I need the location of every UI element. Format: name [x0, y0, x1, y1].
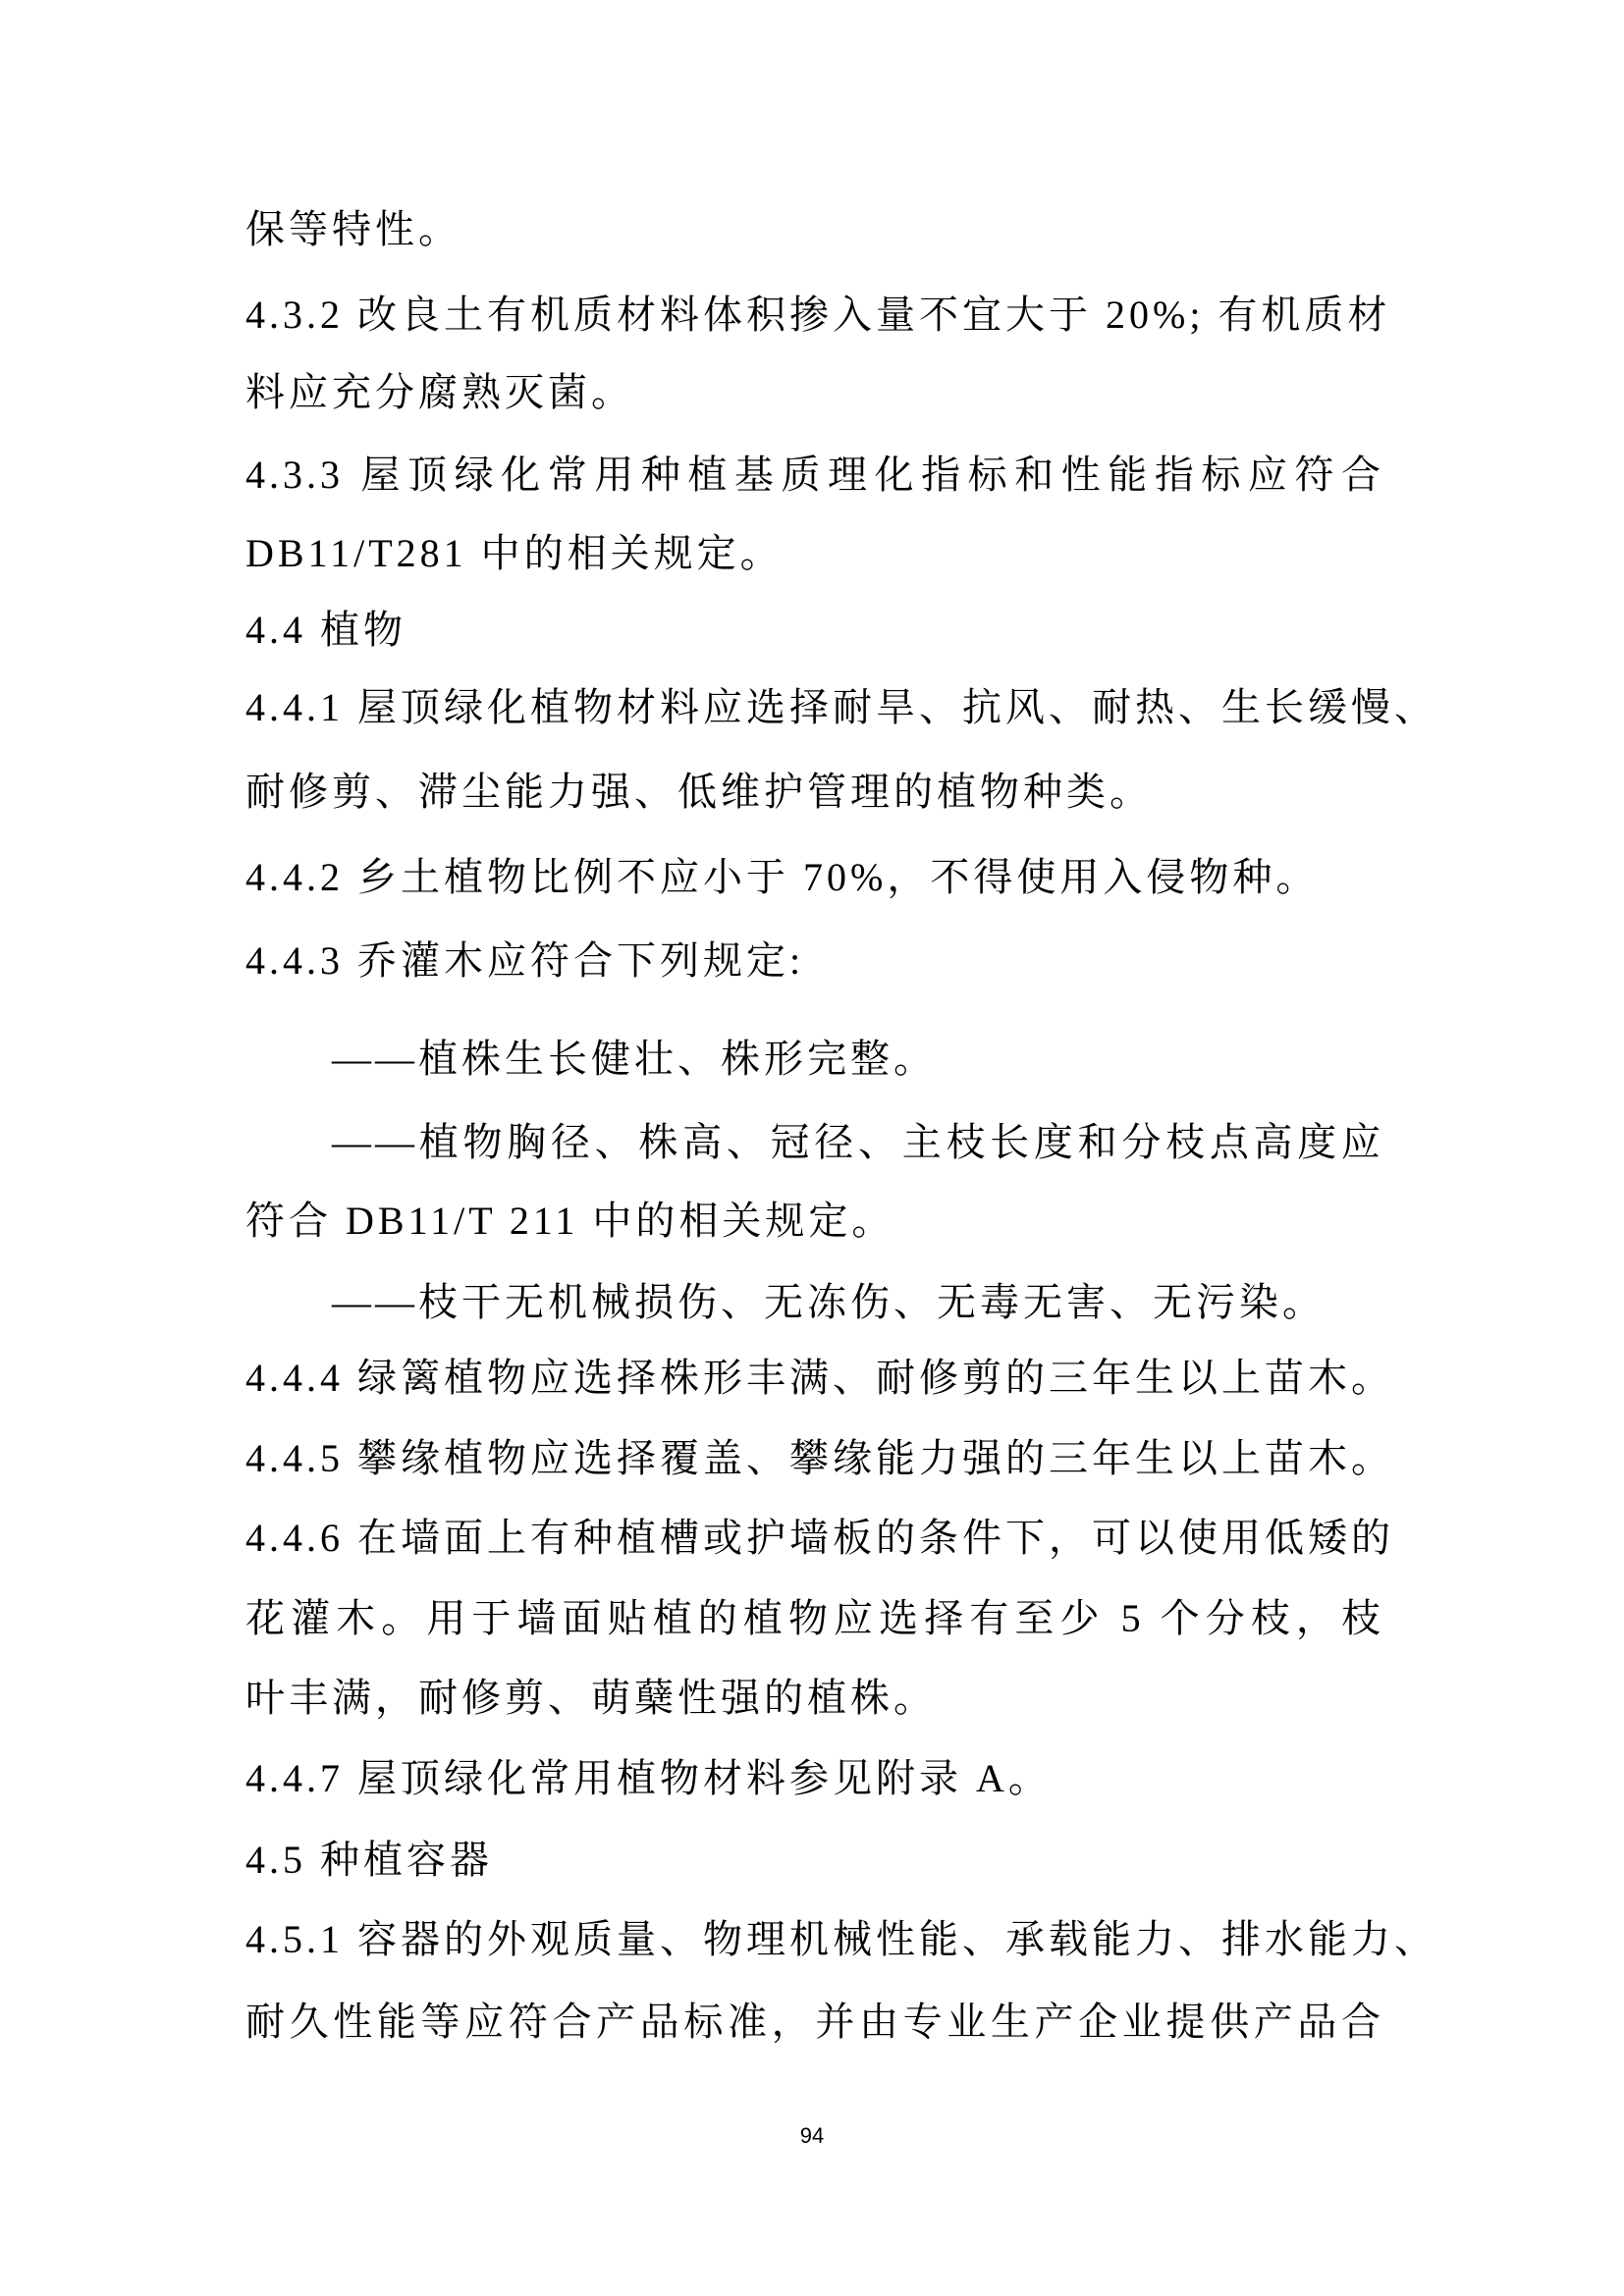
list-item-dash-2-line-2: 符合 DB11/T 211 中的相关规定。	[245, 1198, 894, 1245]
clause-4-4-6-line-3: 叶丰满，耐修剪、萌蘖性强的植株。	[245, 1675, 937, 1722]
section-heading-4-5: 4.5 种植容器	[245, 1837, 493, 1884]
clause-4-4-6-line-1: 4.4.6 在墙面上有种植槽或护墙板的条件下，可以使用低矮的	[245, 1515, 1384, 1562]
clause-4-4-1-line-1: 4.4.1 屋顶绿化植物材料应选择耐旱、抗风、耐热、生长缓慢、	[245, 684, 1384, 731]
clause-4-3-2-line-1: 4.3.2 改良土有机质材料体积掺入量不宜大于 20%; 有机质材	[245, 292, 1384, 339]
clause-4-3-3-line-1: 4.3.3 屋顶绿化常用种植基质理化指标和性能指标应符合	[245, 452, 1384, 499]
section-heading-4-4: 4.4 植物	[245, 607, 406, 654]
clause-4-3-3-line-2: DB11/T281 中的相关规定。	[245, 530, 784, 577]
list-item-dash-3: ——枝干无机械损伤、无冻伤、无毒无害、无污染。	[332, 1279, 1326, 1326]
page-number: 94	[0, 2123, 1624, 2149]
clause-4-4-4: 4.4.4 绿篱植物应选择株形丰满、耐修剪的三年生以上苗木。	[245, 1355, 1394, 1402]
list-item-dash-1: ——植株生长健壮、株形完整。	[332, 1036, 937, 1083]
clause-4-5-1-line-1: 4.5.1 容器的外观质量、物理机械性能、承载能力、排水能力、	[245, 1916, 1384, 1963]
clause-4-4-6-line-2: 花灌木。用于墙面贴植的植物应选择有至少 5 个分枝，枝	[245, 1595, 1384, 1642]
clause-4-3-2-line-2: 料应充分腐熟灭菌。	[245, 369, 634, 416]
clause-4-4-5: 4.4.5 攀缘植物应选择覆盖、攀缘能力强的三年生以上苗木。	[245, 1435, 1394, 1482]
clause-4-4-3: 4.4.3 乔灌木应符合下列规定:	[245, 937, 804, 985]
clause-4-5-1-line-2: 耐久性能等应符合产品标准，并由专业生产企业提供产品合	[245, 1999, 1384, 2046]
list-item-dash-2-line-1: ——植物胸径、株高、冠径、主枝长度和分枝点高度应	[332, 1119, 1384, 1166]
clause-4-4-2: 4.4.2 乡土植物比例不应小于 70%，不得使用入侵物种。	[245, 854, 1319, 901]
paragraph-continuation-line: 保等特性。	[245, 206, 461, 253]
clause-4-4-1-line-2: 耐修剪、滞尘能力强、低维护管理的植物种类。	[245, 769, 1153, 816]
clause-4-4-7: 4.4.7 屋顶绿化常用植物材料参见附录 A。	[245, 1755, 1052, 1802]
